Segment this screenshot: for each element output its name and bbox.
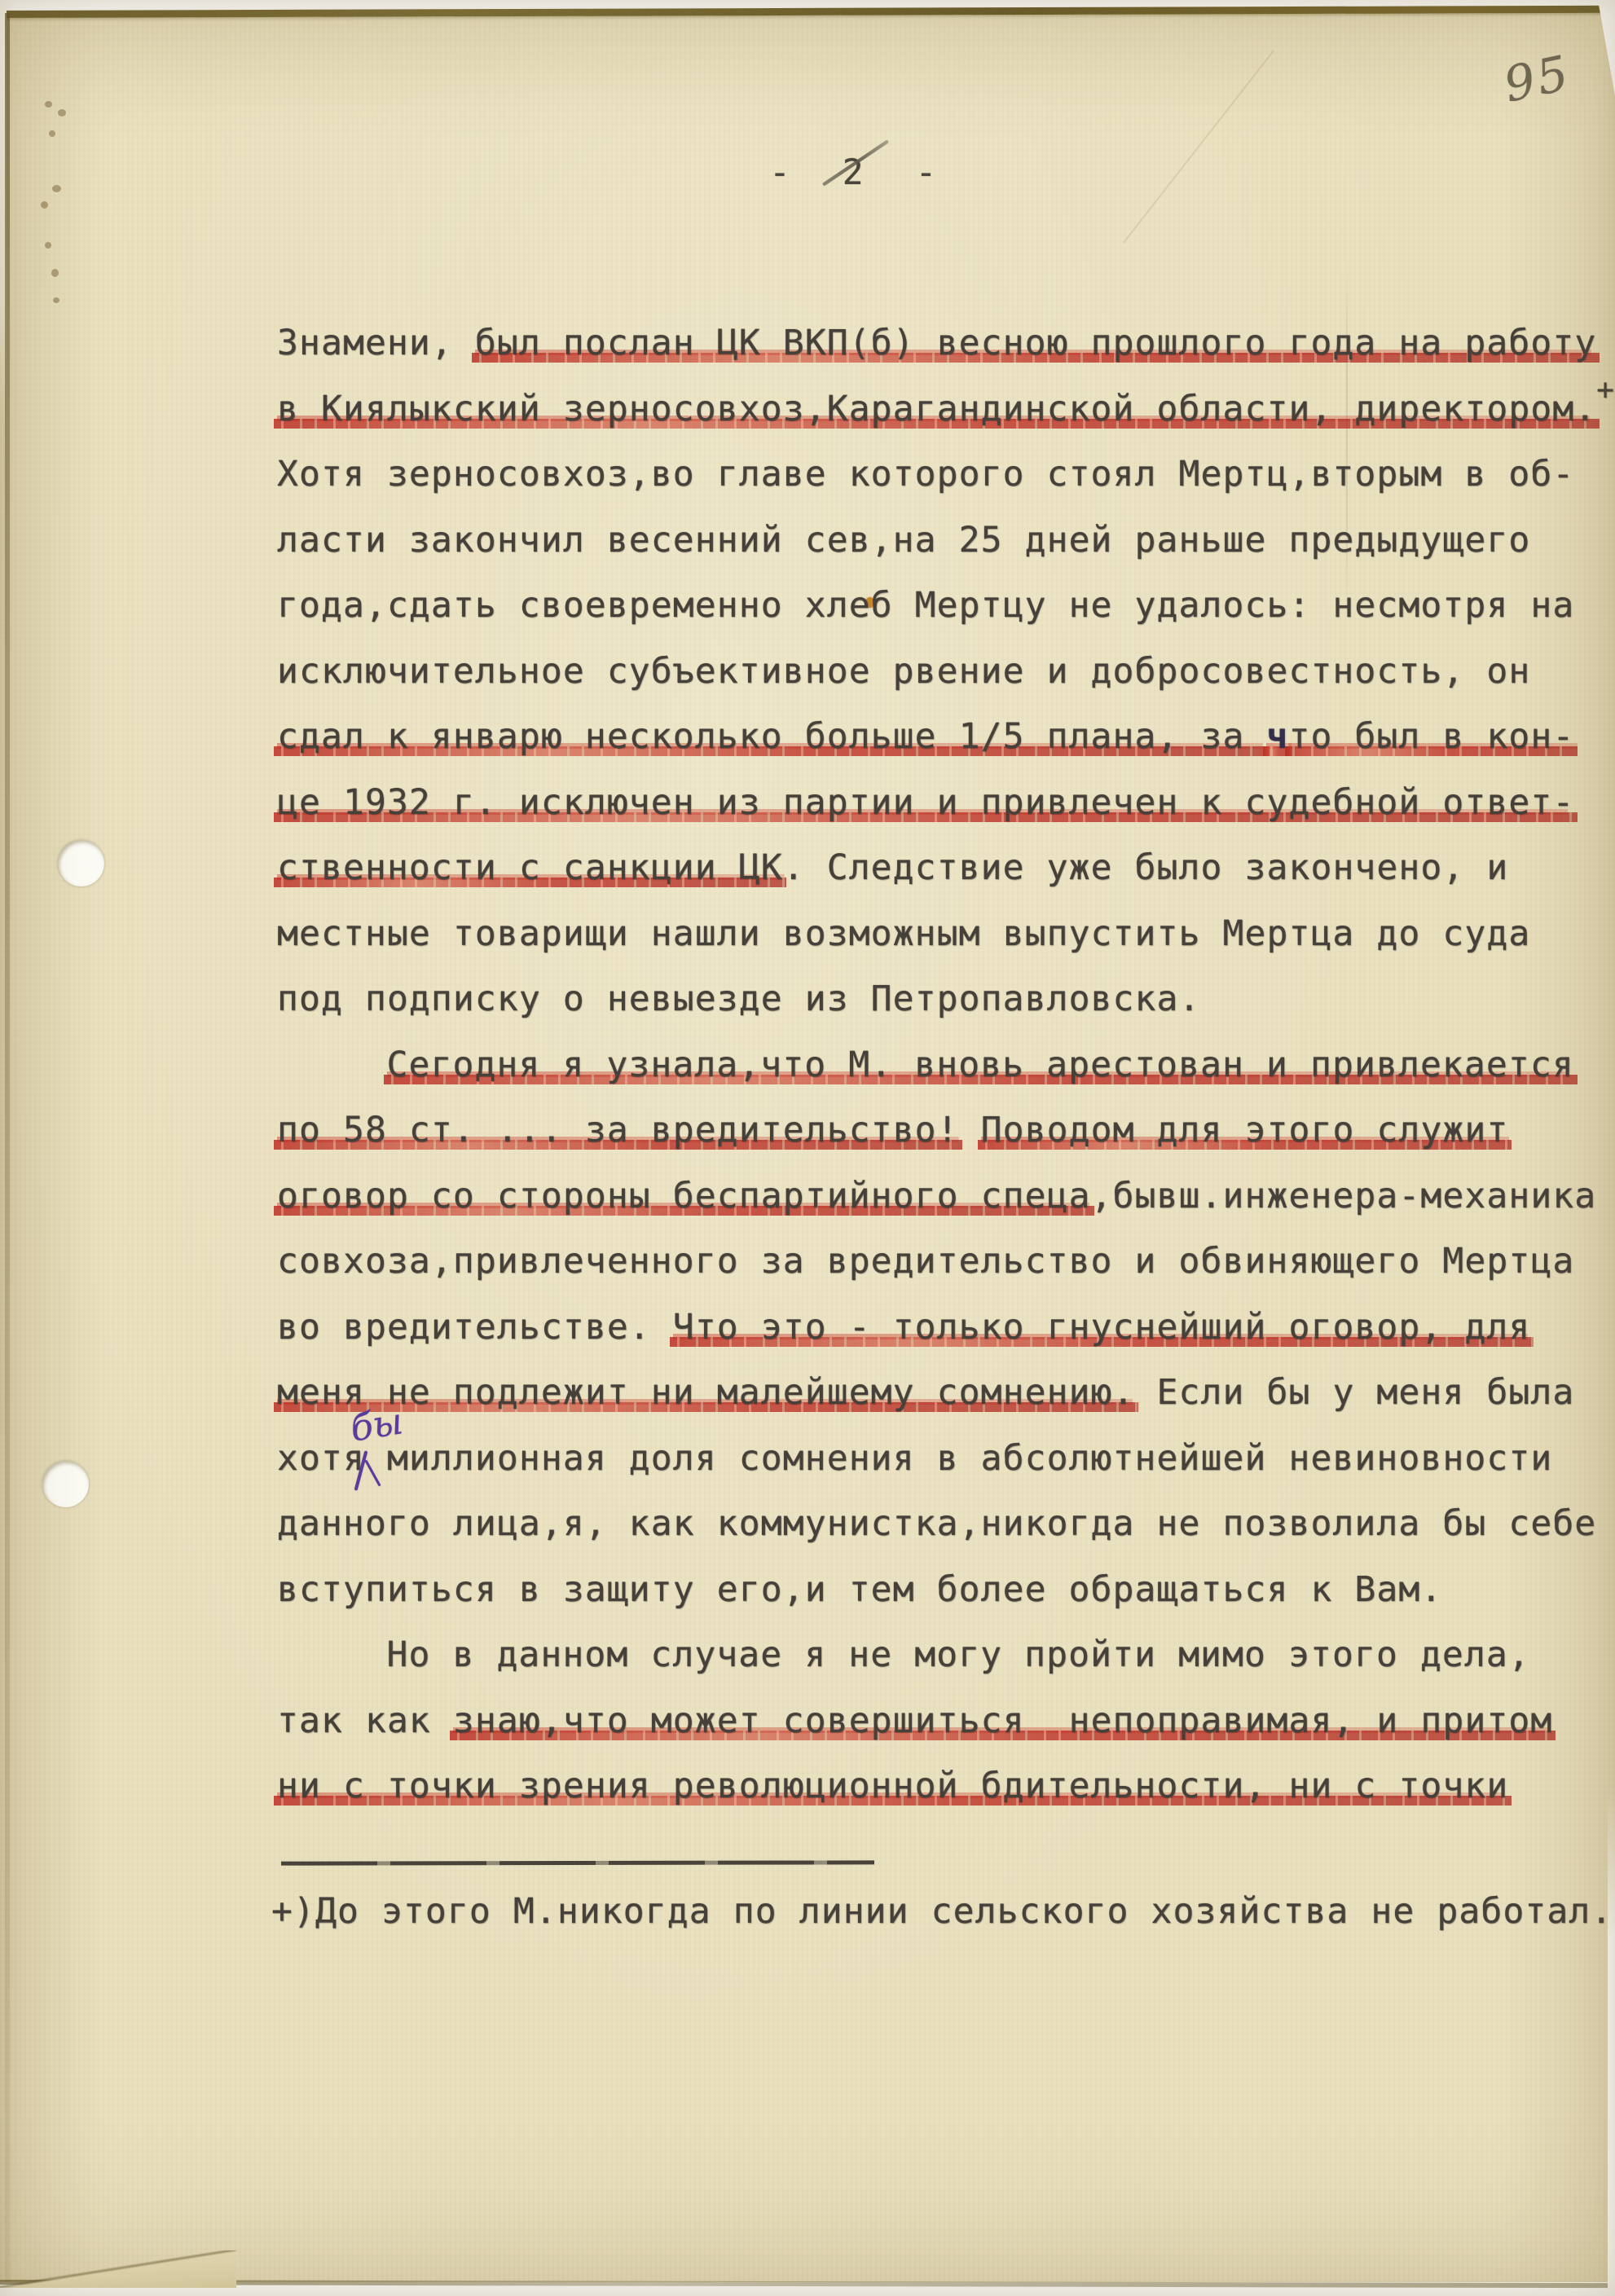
typed-page-number: - 2 -	[769, 140, 952, 206]
red-underlined-text: был послан ЦК ВКП(б) весною прошлого год…	[472, 323, 1600, 363]
typed-line: вступиться в защиту его,и тем более обра…	[277, 1557, 1613, 1623]
footnote-marker: +)	[1596, 373, 1615, 407]
typed-line: так как знаю,что может совершиться непоп…	[277, 1688, 1613, 1754]
typed-text: Если бы у меня была	[1135, 1372, 1575, 1413]
typed-line: ласти закончил весенний сев,на 25 дней р…	[277, 508, 1613, 574]
typed-line: хотя миллионная доля сомнения в абсолютн…	[277, 1426, 1613, 1492]
paper-corner-top-right	[1591, 0, 1615, 96]
typed-line: во вредительстве. Что это - только гнусн…	[277, 1295, 1613, 1361]
typed-text: Хотя зерносовхоз,во главе которого стоял…	[277, 454, 1574, 495]
typed-text: совхоза,привлеченного за вредительство и…	[277, 1241, 1574, 1282]
document-page: 95 - 2 - Знамени, был послан ЦК ВКП(б) в…	[0, 0, 1615, 2296]
typed-line: Сегодня я узнала,что М. вновь арестован …	[277, 1032, 1613, 1098]
typed-text: местные товарищи нашли возможным выпусти…	[277, 913, 1530, 954]
typed-text: Но в данном случае я не могу пройти мимо…	[387, 1634, 1530, 1675]
typed-line: местные товарищи нашли возможным выпусти…	[277, 901, 1613, 967]
red-underlined-text: меня не подлежит ни малейшему сомнению.	[274, 1372, 1138, 1413]
stitch-mark	[45, 242, 51, 249]
paper-edge-left	[5, 13, 10, 2286]
typed-text: данного лица,я, как коммунистка,никогда …	[277, 1503, 1596, 1544]
typed-line: Хотя зерносовхоз,во главе которого стоял…	[277, 442, 1613, 508]
red-underlined-text: сдал к январю несколько больше 1/5 плана…	[274, 716, 1270, 757]
typed-text: года,сдать своевременно хлеб Мертцу не у…	[277, 585, 1574, 626]
stitch-mark	[53, 297, 59, 303]
red-underlined-text: то был в кон-	[1285, 716, 1578, 757]
red-underlined-text: по 58 ст. ... за вредительство!	[274, 1110, 962, 1150]
handwritten-insertion: бы	[347, 1399, 406, 1449]
stitch-mark	[41, 201, 48, 209]
paper-crease	[1123, 50, 1274, 244]
red-underlined-text: ни с точки зрения революционной бдительн…	[274, 1766, 1512, 1806]
typed-text: под подписку о невыезде из Петропавловск…	[277, 979, 1201, 1019]
typed-line: Знамени, был послан ЦК ВКП(б) весною про…	[277, 310, 1613, 376]
typed-line: меня не подлежит ни малейшему сомнению. …	[277, 1360, 1613, 1426]
red-underlined-text: знаю,что может совершиться непоправимая,…	[450, 1700, 1556, 1741]
typed-text: ласти закончил весенний сев,на 25 дней р…	[277, 520, 1530, 561]
punch-hole	[42, 1461, 89, 1507]
paper-corner-bottom-left	[0, 2250, 236, 2288]
typed-text: хотя миллионная доля сомнения в абсолютн…	[277, 1438, 1552, 1479]
typed-text: Знамени,	[277, 323, 475, 363]
red-underlined-text: Что это - только гнуснейший оговор, для	[670, 1307, 1534, 1348]
typed-text: во вредительстве.	[277, 1307, 673, 1348]
typed-line: исключительное субъективное рвение и доб…	[277, 639, 1613, 705]
typed-line: года,сдать своевременно хлеб Мертцу не у…	[277, 573, 1613, 639]
typed-line: Но в данном случае я не могу пройти мимо…	[277, 1622, 1613, 1688]
typed-line: по 58 ст. ... за вредительство! Поводом …	[277, 1097, 1613, 1163]
typed-text: . Следствие уже было закончено, и	[783, 847, 1509, 888]
typed-line: в Киялыкский зерносовхоз,Карагандинской …	[277, 376, 1613, 442]
archive-page-number: 95	[1499, 44, 1576, 112]
stitch-mark	[49, 130, 55, 137]
stitch-mark	[52, 185, 61, 192]
red-underlined-text: ственности с санкции ЦК	[274, 847, 786, 888]
red-underlined-text: Поводом для этого служит	[978, 1110, 1512, 1150]
typed-text-block: Знамени, был послан ЦК ВКП(б) весною про…	[277, 310, 1613, 1819]
punch-hole	[58, 840, 104, 886]
footnote-text: +)До этого М.никогда по линии сельского …	[271, 1879, 1613, 1945]
typed-line: оговор со стороны беспартийного спеца,бы…	[277, 1163, 1613, 1229]
stitch-mark	[45, 101, 52, 108]
typed-text: вступиться в защиту его,и тем более обра…	[277, 1569, 1442, 1610]
typed-text: так как	[277, 1700, 453, 1741]
red-underlined-text: оговор со стороны беспартийного спеца	[274, 1176, 1094, 1216]
red-underlined-text: в Киялыкский зерносовхоз,Карагандинской …	[274, 389, 1600, 429]
scanner-edge-right	[1608, 1784, 1615, 2296]
red-underlined-text: це 1932 г. исключен из партии и привлече…	[274, 782, 1578, 823]
typed-line: ни с точки зрения революционной бдительн…	[277, 1753, 1613, 1819]
typed-line: сдал к январю несколько больше 1/5 плана…	[277, 704, 1613, 770]
stitch-mark	[51, 269, 59, 277]
footnote-separator	[281, 1860, 874, 1865]
typed-line: це 1932 г. исключен из партии и привлече…	[277, 770, 1613, 836]
typed-text: исключительное субъективное рвение и доб…	[277, 651, 1530, 692]
typed-line: совхоза,привлеченного за вредительство и…	[277, 1229, 1613, 1295]
typed-text: ,бывш.инженера-механика	[1091, 1176, 1597, 1216]
stitch-mark	[58, 109, 66, 117]
typed-line: ственности с санкции ЦК. Следствие уже б…	[277, 835, 1613, 901]
typed-line: под подписку о невыезде из Петропавловск…	[277, 966, 1613, 1032]
red-underlined-text: Сегодня я узнала,что М. вновь арестован …	[384, 1045, 1578, 1085]
typed-line: данного лица,я, как коммунистка,никогда …	[277, 1491, 1613, 1557]
